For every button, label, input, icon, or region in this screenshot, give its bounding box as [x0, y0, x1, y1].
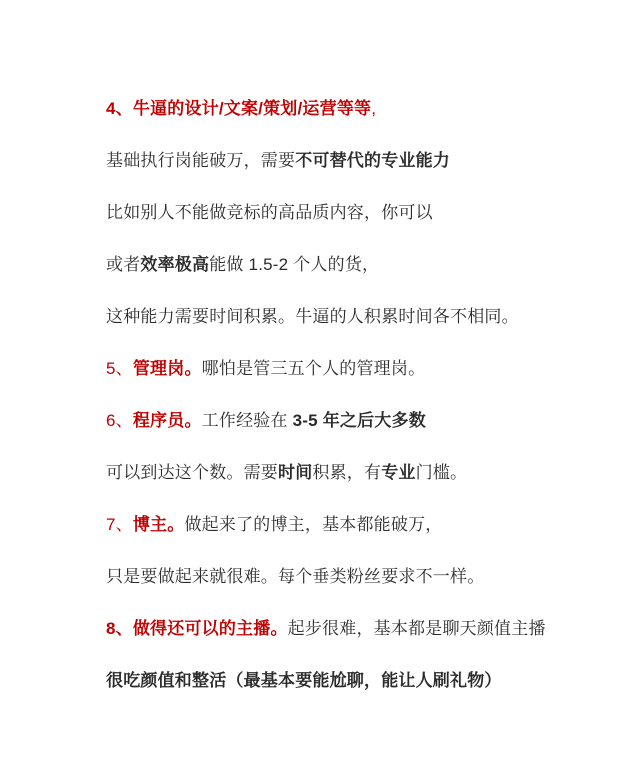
text-segment: 只是要做起来就很难。每个垂类粉丝要求不一样。 [106, 567, 484, 586]
paragraph-4: 或者效率极高能做 1.5-2 个人的货， [106, 239, 633, 291]
text-segment: 工作经验在 [202, 411, 293, 430]
paragraph-10: 只是要做起来就很难。每个垂类粉丝要求不一样。 [106, 551, 633, 603]
text-segment: 程序员。 [133, 411, 202, 430]
paragraph-2: 基础执行岗能破万，需要不可替代的专业能力 [106, 135, 633, 187]
text-segment: 3-5 年之后大多数 [293, 411, 426, 430]
text-segment: 比如别人不能做竞标的高品质内容，你可以 [106, 203, 433, 222]
document-content: 4、牛逼的设计/文案/策划/运营等等,基础执行岗能破万，需要不可替代的专业能力比… [106, 83, 633, 707]
text-segment: 不可替代的专业能力 [295, 151, 450, 170]
text-segment: 或者 [106, 255, 140, 274]
paragraph-12: 很吃颜值和整活（最基本要能尬聊，能让人刷礼物） [106, 655, 633, 707]
text-segment: 可以到达这个数。需要 [106, 463, 278, 482]
text-segment: , [371, 99, 376, 118]
text-segment: 起步很难，基本都是聊天颜值主播 [288, 619, 546, 638]
text-segment: 能做 1.5-2 个人的货， [209, 255, 379, 274]
paragraph-9: 7、博主。做起来了的博主，基本都能破万， [106, 499, 633, 551]
text-segment: 5、 [106, 359, 133, 378]
text-segment: 博主。 [133, 515, 185, 534]
paragraph-8: 可以到达这个数。需要时间积累，有专业门槛。 [106, 447, 633, 499]
paragraph-6: 5、管理岗。哪怕是管三五个人的管理岗。 [106, 343, 633, 395]
text-segment: 时间 [278, 463, 312, 482]
paragraph-11: 8、做得还可以的主播。起步很难，基本都是聊天颜值主播 [106, 603, 633, 655]
paragraph-1: 4、牛逼的设计/文案/策划/运营等等, [106, 83, 633, 135]
text-segment: 6、 [106, 411, 133, 430]
text-segment: 很吃颜值和整活（最基本要能尬聊，能让人刷礼物） [106, 671, 502, 690]
text-segment: 基础执行岗能破万，需要 [106, 151, 295, 170]
document-page: 4、牛逼的设计/文案/策划/运营等等,基础执行岗能破万，需要不可替代的专业能力比… [0, 0, 633, 781]
text-segment: 这种能力需要时间积累。牛逼的人积累时间各不相同。 [106, 307, 519, 326]
paragraph-3: 比如别人不能做竞标的高品质内容，你可以 [106, 187, 633, 239]
text-segment: 积累，有 [312, 463, 381, 482]
text-segment: 效率极高 [140, 255, 209, 274]
text-segment: 8、做得还可以的主播。 [106, 619, 288, 638]
text-segment: 门槛。 [416, 463, 468, 482]
paragraph-7: 6、程序员。工作经验在 3-5 年之后大多数 [106, 395, 633, 447]
text-segment: 4、牛逼的设计/文案/策划/运营等等 [106, 99, 371, 118]
paragraph-5: 这种能力需要时间积累。牛逼的人积累时间各不相同。 [106, 291, 633, 343]
text-segment: 7、 [106, 515, 133, 534]
text-segment: 专业 [381, 463, 415, 482]
text-segment: 哪怕是管三五个人的管理岗。 [202, 359, 426, 378]
text-segment: 做起来了的博主，基本都能破万， [184, 515, 442, 534]
text-segment: 管理岗。 [133, 359, 202, 378]
